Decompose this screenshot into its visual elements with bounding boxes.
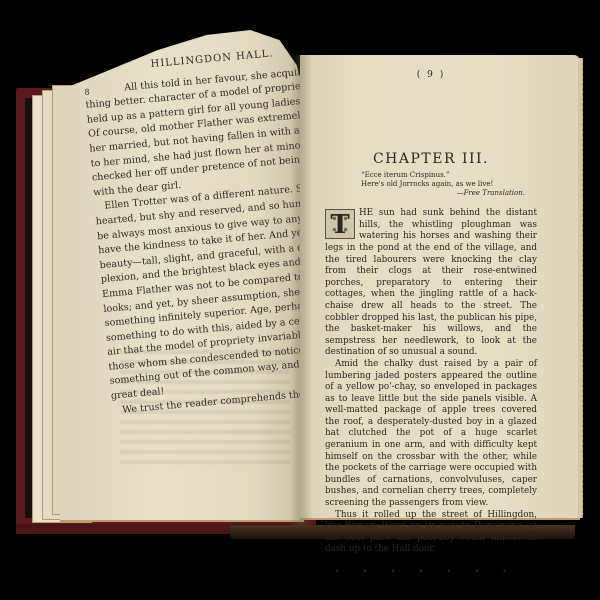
decorated-initial: T <box>325 209 355 239</box>
section-dot: • <box>419 566 424 578</box>
section-dot: • <box>335 566 340 578</box>
section-dot: • <box>447 566 452 578</box>
epigraph-line: “Ecce iterum Crispinus.” <box>361 171 537 180</box>
section-dot: • <box>363 566 368 578</box>
gutter-shadow <box>290 55 312 525</box>
section-break: • • • • • • • <box>325 556 537 578</box>
paragraph: HE sun had sunk behind the distant hills… <box>325 208 537 359</box>
epigraph: “Ecce iterum Crispinus.” Here's old Jorr… <box>325 171 537 198</box>
paragraph: Thus it rolled up the street of Hillingd… <box>325 510 537 556</box>
right-page-text: ( 9 ) CHAPTER III. “Ecce iterum Crispinu… <box>325 60 537 578</box>
paragraph: Amid the chalky dust raised by a pair of… <box>325 359 537 510</box>
epigraph-attribution: —Free Translation. <box>361 189 537 198</box>
section-dot: • <box>474 566 479 578</box>
page-number-right: ( 9 ) <box>325 70 537 82</box>
book-photo: HILLINGDON HALL. 8 All this told in her … <box>0 0 600 600</box>
epigraph-line: Here's old Jorrocks again, as we live! <box>361 180 537 189</box>
chapter-title: CHAPTER III. <box>325 154 537 166</box>
right-page-edge <box>578 58 583 518</box>
section-dot: • <box>502 566 507 578</box>
section-dot: • <box>391 566 396 578</box>
